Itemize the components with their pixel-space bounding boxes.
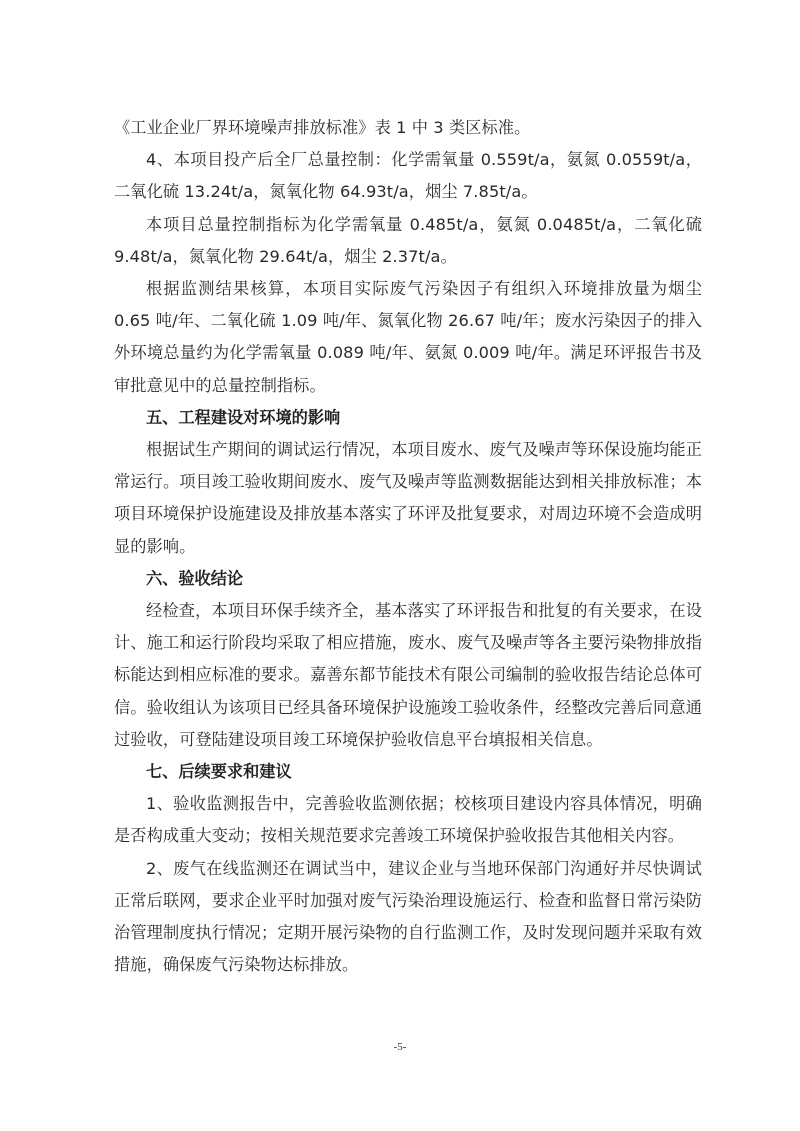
section-heading-environmental-impact: 五、工程建设对环境的影响 bbox=[114, 402, 702, 434]
page-number: -5- bbox=[0, 1041, 800, 1053]
paragraph-total-control-project: 本项目总量控制指标为化学需氧量 0.485t/a，氨氮 0.0485t/a，二氧… bbox=[114, 209, 702, 273]
paragraph-requirement-1: 1、验收监测报告中，完善验收监测依据；校核项目建设内容具体情况，明确是否构成重大… bbox=[114, 788, 702, 852]
paragraph-total-control-plant: 4、本项目投产后全厂总量控制：化学需氧量 0.559t/a，氨氮 0.0559t… bbox=[114, 144, 702, 208]
paragraph-environmental-impact: 根据试生产期间的调试运行情况，本项目废水、废气及噪声等环保设施均能正常运行。项目… bbox=[114, 434, 702, 563]
section-heading-acceptance-conclusion: 六、验收结论 bbox=[114, 563, 702, 595]
paragraph-acceptance-conclusion: 经检查，本项目环保手续齐全，基本落实了环评报告和批复的有关要求，在设计、施工和运… bbox=[114, 595, 702, 756]
document-page: 《工业企业厂界环境噪声排放标准》表 1 中 3 类区标准。 4、本项目投产后全厂… bbox=[114, 112, 702, 981]
paragraph-requirement-2: 2、废气在线监测还在调试当中，建议企业与当地环保部门沟通好并尽快调试正常后联网，… bbox=[114, 853, 702, 982]
paragraph-noise-standard: 《工业企业厂界环境噪声排放标准》表 1 中 3 类区标准。 bbox=[114, 112, 702, 144]
section-heading-follow-up-requirements: 七、后续要求和建议 bbox=[114, 756, 702, 788]
paragraph-monitoring-accounting: 根据监测结果核算，本项目实际废气污染因子有组织入环境排放量为烟尘 0.65 吨/… bbox=[114, 273, 702, 402]
